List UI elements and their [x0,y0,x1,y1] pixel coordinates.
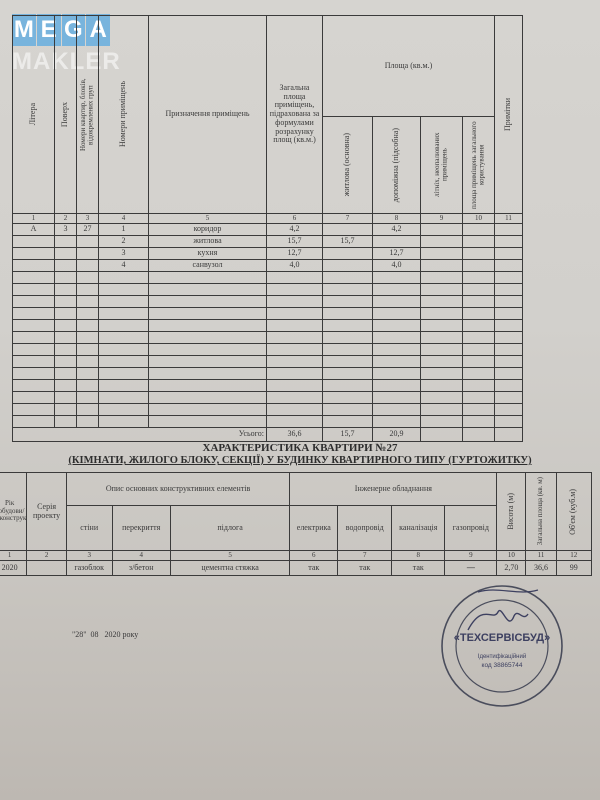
empty-table-row [13,272,523,284]
section-subtitle: (КІМНАТИ, ЖИЛОГО БЛОКУ, СЕКЦІЇ) У БУДИНК… [0,455,600,466]
column-numbers-row: 123 456 789 101112 [0,551,592,561]
header-litera: Літера [13,16,55,214]
total-row: Усього: 36,6 15,7 20,9 [13,428,523,442]
table-row: 4санвузол4,0 4,0 [13,260,523,272]
header-zahalna-ploshcha: Загальна площа приміщень, підрахована за… [267,16,323,214]
header-perekryttia: перекриття [112,506,170,551]
header-vodoprovid: водопровід [338,506,392,551]
table-row: 2житлова15,7 15,7 [13,236,523,248]
stamp-icon [438,582,566,710]
stamp-code: код 38865744 [438,662,566,669]
header-pidloha: підлога [170,506,290,551]
company-stamp: «ТЕХСЕРВІСБУД» Ідентифікаційний код 3886… [438,582,566,710]
header-poverkh: Поверх [55,16,77,214]
rooms-area-table: Літера Поверх Номери квартир, блоків, ві… [12,15,523,442]
table-row: 3кухня12,7 12,7 [13,248,523,260]
empty-table-row [13,368,523,380]
section-title: ХАРАКТЕРИСТИКА КВАРТИРИ №27 [0,442,600,454]
header-seriia: Серія проекту [27,473,67,551]
header-elektryka: електрика [290,506,338,551]
empty-table-row [13,356,523,368]
empty-table-row [13,380,523,392]
header-obiem: Об'єм (куб.м) [556,473,591,551]
header-opys-group: Опис основних конструктивних елементів [66,473,290,506]
header-pryznachennia: Призначення приміщень [149,16,267,214]
empty-table-row [13,416,523,428]
total-zahalna: 36,6 [267,428,323,442]
apartment-characteristics-table: Рік побудови/ реконструкції Серія проект… [0,472,592,576]
empty-table-row [13,332,523,344]
empty-table-row [13,404,523,416]
table-row: 2020газоблок з/бетонцементна стяжкатак т… [0,561,592,576]
header-litni: літніх, неопалюваних приміщень [421,117,463,214]
header-dopomizhna: допоміжна (підсобна) [373,117,421,214]
header-zhytlova: житлова (основна) [323,117,373,214]
empty-table-row [13,296,523,308]
total-dopomizhna: 20,9 [373,428,421,442]
stamp-name: «ТЕХСЕРВІСБУД» [438,632,566,644]
header-zahalnoho: площа приміщень загального користування [463,117,495,214]
header-kvartyra: Номери квартир, блоків, відокремлених гр… [77,16,99,214]
empty-table-row [13,344,523,356]
empty-table-row [13,284,523,296]
header-prymitky: Примітки [495,16,523,214]
total-label: Усього: [13,428,267,442]
header-vysota: Висота (м) [497,473,526,551]
total-zhytlova: 15,7 [323,428,373,442]
stamp-code-label: Ідентифікаційний [438,654,566,660]
column-numbers-row: 123 456 789 1011 [13,214,523,224]
header-kanalizatsiia: каналізація [392,506,445,551]
header-rik: Рік побудови/ реконструкції [0,473,27,551]
header-zahalna: Загальна площа (кв. м) [526,473,556,551]
empty-table-row [13,392,523,404]
header-inzh-group: Інженерне обладнання [290,473,497,506]
empty-table-row [13,308,523,320]
empty-table-row [13,320,523,332]
header-ploshcha-group: Площа (кв.м.) [323,16,495,117]
header-stiny: стіни [66,506,112,551]
table-row: А327 1коридор4,2 4,2 [13,224,523,236]
header-nomer-prymishchen: Номери приміщень [99,16,149,214]
header-hazoprovid: газопровід [445,506,497,551]
document-date: "28" 08 2020 року [72,630,138,639]
